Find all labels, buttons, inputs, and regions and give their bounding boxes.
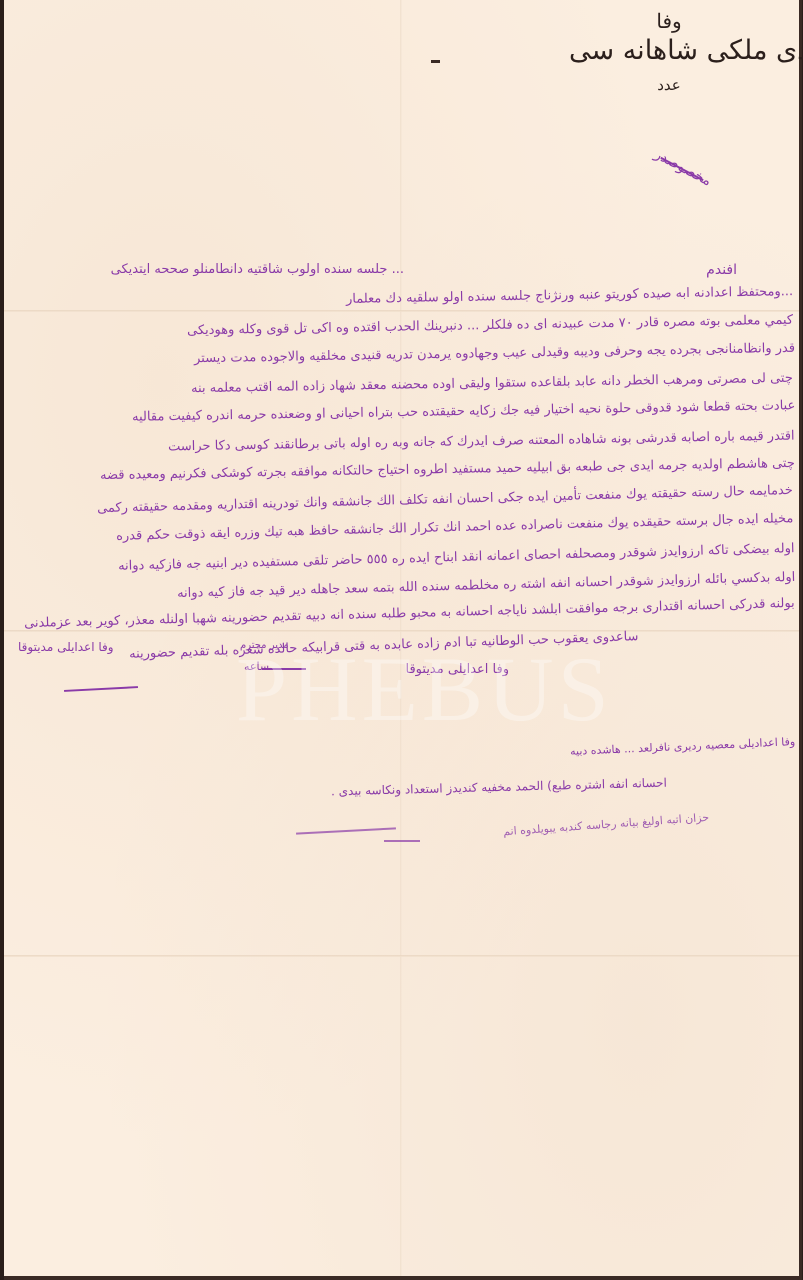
fold-line-3 (4, 955, 799, 957)
body-line-7: اقتدر قيمه باره اصابه قدرشى بونه شاهاده … (168, 429, 795, 455)
postscript-signature-stroke (296, 827, 396, 834)
body-line-13: بولنه قدركى احسانه اقتدارى برجه موافقت ا… (24, 596, 795, 631)
fold-line-2 (4, 630, 799, 632)
watermark: PHEBUS (236, 636, 613, 742)
body-line-4: قدر وانظامنانجى بجرده يجه وحرفى وديبه وق… (194, 341, 795, 366)
salutation: افندم (706, 262, 737, 278)
body-line-1: ... جلسه سنده اولوب شاقتيه دانطامنلو صحح… (111, 262, 404, 277)
postscript-line-3: حزان اتبه اوليغ بيانه رجاسه كندبه يبويلد… (502, 811, 709, 838)
document-page: وفا مكتب اعدادى ملكى شاهانه سى عدد مخصوص… (4, 0, 802, 1280)
body-line-8: چتى هاشطم اولديه جرمه ايدى جى طبعه بق اب… (100, 456, 795, 483)
body-line-3: كيمي معلمى بوته مصره قادر ٧٠ مدت عبيدنه … (187, 313, 793, 339)
body-line-9: خدمايمه حال رسته حقيقته يوك منفعت تأمين … (97, 483, 793, 516)
body-line-12: اوله بدكسي بائله ارزوايدز شوقدر احسانه ا… (177, 570, 796, 601)
body-line-5: چتى لى مصرتى ومرهب الخطر دانه عابد بلقاع… (191, 371, 793, 397)
body-line-2: ...ومحتفظ اعدادنه ابه صيده كوريتو عنبه و… (346, 284, 793, 307)
letterhead-top: وفا (569, 8, 769, 34)
postscript-line-2: احسانه انفه اشتره طبع) الحمد مخفيه كنديد… (331, 776, 667, 799)
fold-line-1 (4, 310, 799, 312)
postscript-signature-flourish (384, 840, 420, 842)
left-signature-stroke (64, 686, 138, 692)
page-mark (431, 60, 440, 63)
body-line-11: اوله بيضكى تاكه ارزوايدز شوقدر ومصحلفه ا… (118, 541, 795, 574)
letterhead: وفا مكتب اعدادى ملكى شاهانه سى عدد (569, 8, 769, 96)
letterhead-number-label: عدد (569, 74, 769, 96)
letterhead-title: مكتب اعدادى ملكى شاهانه سى (569, 34, 769, 68)
body-line-10: مخيله ايده جال برسته حقيقده يوك منفعت نا… (115, 511, 793, 544)
closing-note: وفا اعدايلى مديتوقا (18, 640, 114, 654)
body-line-6: عبادت بحته قطعا شود قدوقى حلوة نحيه اختي… (132, 398, 796, 425)
